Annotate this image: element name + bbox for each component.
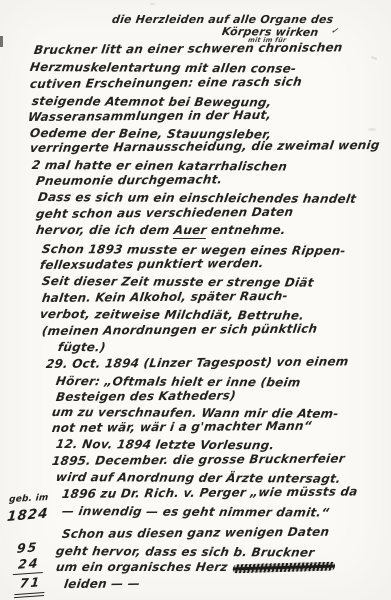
scan-artifact — [371, 56, 377, 60]
handwritten-line: 29. Oct. 1894 (Linzer Tagespost) von ein… — [45, 355, 349, 370]
handwritten-line: Seit dieser Zeit musste er strenge Diät — [41, 275, 314, 289]
handwritten-line: 2 mal hatte er einen katarrhalischen — [31, 159, 288, 173]
handwritten-line: 12. Nov. 1894 letzte Vorlesung. — [55, 438, 275, 451]
handwritten-line: fügte.) — [57, 341, 106, 353]
handwritten-line: (meinen Anordnungen er sich pünktlich — [41, 323, 318, 337]
handwritten-line: Wasseransammlungen in der Haut, — [27, 109, 272, 123]
struck-line-pre: um ein organisches Herz — [55, 560, 229, 574]
handwritten-line: um zu verschnaufen. Wann mir die Atem- — [51, 406, 339, 420]
handwritten-line: geht schon aus verschiedenen Daten — [35, 206, 294, 220]
handwritten-line: geht hervor, dass es sich b. Bruckner — [55, 545, 315, 559]
handwritten-line: cutiven Erscheinungen: eine rasch sich — [29, 76, 302, 90]
handwritten-line: Herzmuskelentartung mit allen conse- — [29, 61, 297, 75]
margin-birth-label: geb. im — [9, 494, 49, 505]
handwritten-line: Dass es sich um ein einschleichendes han… — [37, 191, 357, 205]
heading-line-1: die Herzleiden auf alle Organe des — [111, 14, 334, 25]
handwritten-line: Pneumonie durchgemacht. — [35, 173, 223, 187]
handwritten-line: verringerte Harnausscheidung, die zweima… — [29, 139, 380, 154]
handwritten-line: verbot, zeitweise Milchdiät, Bettruhe. — [39, 308, 305, 322]
handwritten-line: Schon 1893 musste er wegen eines Rippen- — [41, 243, 346, 257]
handwritten-line: fellexsudates punktiert werden. — [39, 257, 264, 271]
handwritten-line: Hörer: „Oftmals hielt er inne (beim — [55, 375, 301, 388]
stray-mark: ✓ — [329, 27, 340, 37]
handwritten-line: — inwendig — es geht nimmer damit.“ — [61, 505, 330, 519]
margin-age-calculation: 95 24 71 — [12, 539, 46, 598]
handwritten-line-auer: hervor, die ich dem Auer entnehme. — [35, 224, 286, 236]
scribbled-out-word — [232, 562, 335, 574]
handwritten-line: Schon aus diesen ganz wenigen Daten — [61, 526, 330, 540]
calc-subtrahend: 24 — [13, 555, 45, 575]
handwritten-line: steigende Atemnot bei Bewegung, — [31, 95, 272, 108]
scan-artifact — [368, 128, 376, 131]
scan-artifact — [150, 3, 155, 5]
handwritten-line: halten. Kein Alkohol, später Rauch- — [41, 290, 288, 304]
handwritten-line: leiden — — — [63, 577, 141, 590]
manuscript-page: die Herzleiden auf alle Organe des Körpe… — [0, 0, 391, 600]
calc-minuend: 95 — [12, 539, 44, 557]
margin-birth-year: 1824 — [6, 507, 49, 524]
underlined-word-auer: Auer — [173, 223, 208, 239]
handwritten-line: not net wär, wär i a g'machter Mann“ — [51, 420, 312, 434]
scan-artifact — [0, 36, 3, 47]
handwritten-line: 1895. December. die grosse Brucknerfeier — [51, 452, 345, 467]
handwritten-line: Bruckner litt an einer schweren chronisc… — [33, 41, 343, 56]
auer-line-pre: hervor, die ich dem — [35, 223, 175, 237]
handwritten-line: wird auf Anordnung der Ärzte untersagt. — [55, 471, 342, 485]
handwritten-line-struck: um ein organisches Herz — [55, 561, 335, 573]
calc-result: 71 — [14, 574, 46, 598]
auer-line-post: entnehme. — [206, 223, 287, 237]
handwritten-line: Besteigen des Katheders) — [55, 389, 236, 403]
handwritten-line: 1896 zu Dr. Rich. v. Perger „wie müssts … — [61, 485, 358, 500]
